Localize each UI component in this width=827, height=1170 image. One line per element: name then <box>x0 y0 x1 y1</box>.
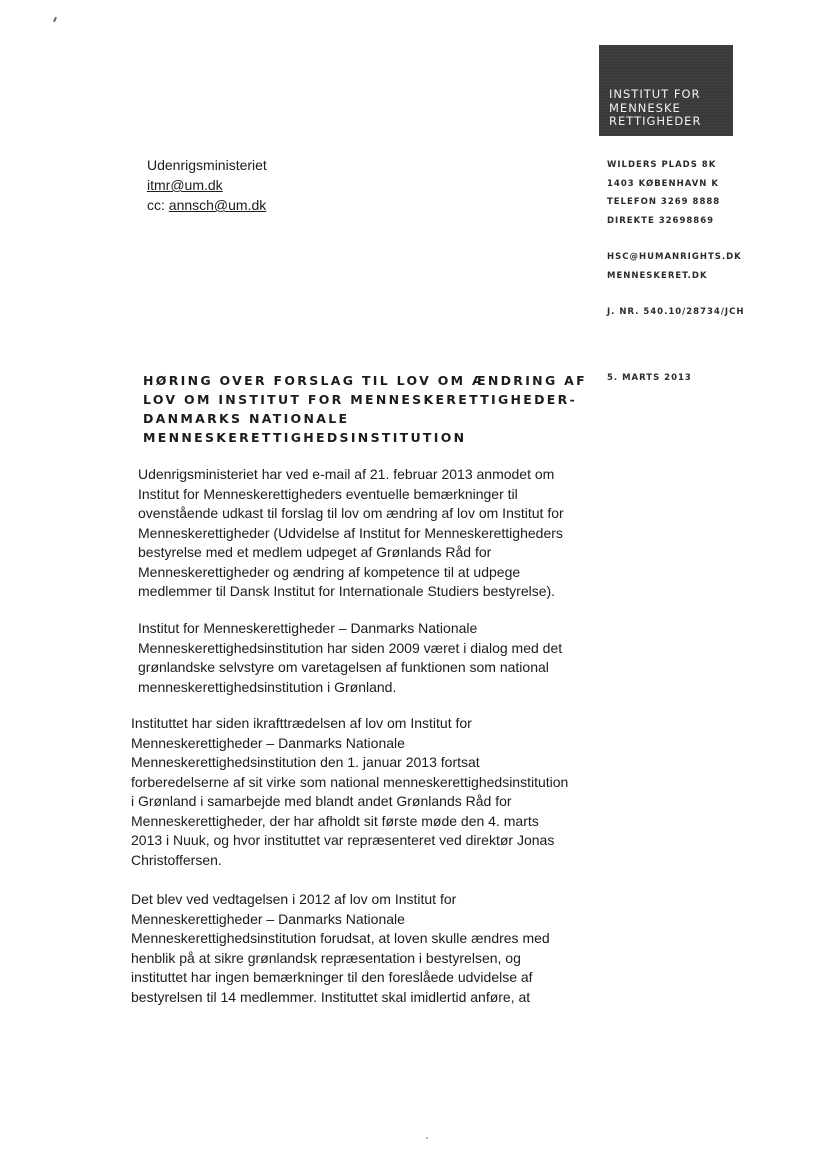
address-line: TELEFON 3269 8888 <box>607 197 744 216</box>
sender-block: WILDERS PLADS 8K 1403 KØBENHAVN K TELEFO… <box>607 160 744 326</box>
text-line: forberedelserne af sit virke som nationa… <box>131 773 568 793</box>
sender-website: MENNESKERET.DK <box>607 271 744 290</box>
text-line: Menneskerettigheder og ændring af kompet… <box>138 563 598 583</box>
journal-number: J. NR. 540.10/28734/JCH <box>607 307 744 326</box>
text-line: Institut for Menneskerettigheder – Danma… <box>138 619 562 639</box>
address-line: WILDERS PLADS 8K <box>607 160 744 179</box>
text-line: instituttet har ingen bemærkninger til d… <box>131 968 550 988</box>
paragraph-3: Instituttet har siden ikrafttrædelsen af… <box>131 714 568 870</box>
text-line: ovenstående udkast til forslag til lov o… <box>138 504 598 524</box>
logo-line: INSTITUT FOR <box>609 88 701 102</box>
address-line: DIREKTE 32698869 <box>607 216 744 235</box>
subject-line: DANMARKS NATIONALE <box>143 409 593 428</box>
address-line: 1403 KØBENHAVN K <box>607 179 744 198</box>
paragraph-4: Det blev ved vedtagelsen i 2012 af lov o… <box>131 890 550 1007</box>
text-line: Udenrigsministeriet har ved e-mail af 21… <box>138 465 598 485</box>
recipient-name: Udenrigsministeriet <box>147 155 267 175</box>
text-line: medlemmer til Dansk Institut for Interna… <box>138 582 598 602</box>
recipient-block: Udenrigsministeriet itmr@um.dk cc: annsc… <box>147 155 267 215</box>
logo-line: MENNESKE <box>609 102 701 116</box>
text-line: menneskerettighedsinstitution i Grønland… <box>138 678 562 698</box>
scan-artifact <box>53 17 57 22</box>
letter-date: 5. MARTS 2013 <box>607 373 692 383</box>
text-line: Menneskerettigheder – Danmarks Nationale <box>131 910 550 930</box>
text-line: grønlandske selvstyre om varetagelsen af… <box>138 658 562 678</box>
text-line: Menneskerettighedsinstitution den 1. jan… <box>131 753 568 773</box>
cc-email-link[interactable]: annsch@um.dk <box>169 197 266 213</box>
subject-line: LOV OM INSTITUT FOR MENNESKERETTIGHEDER- <box>143 390 593 409</box>
text-line: bestyrelsen til 14 medlemmer. Institutte… <box>131 988 550 1008</box>
text-line: Menneskerettigheder (Udvidelse af Instit… <box>138 524 598 544</box>
institute-logo: INSTITUT FOR MENNESKE RETTIGHEDER <box>599 45 733 136</box>
subject-line: HØRING OVER FORSLAG TIL LOV OM ÆNDRING A… <box>143 371 593 390</box>
cc-label: cc: <box>147 197 165 213</box>
text-line: Menneskerettighedsinstitution har siden … <box>138 639 562 659</box>
sender-email: HSC@HUMANRIGHTS.DK <box>607 252 744 271</box>
paragraph-2: Institut for Menneskerettigheder – Danma… <box>138 619 562 697</box>
text-line: henblik på at sikre grønlandsk repræsent… <box>131 949 550 969</box>
logo-line: RETTIGHEDER <box>609 115 701 129</box>
text-line: Instituttet har siden ikrafttrædelsen af… <box>131 714 568 734</box>
text-line: Christoffersen. <box>131 851 568 871</box>
text-line: Menneskerettigheder, der har afholdt sit… <box>131 812 568 832</box>
subject-line: MENNESKERETTIGHEDSINSTITUTION <box>143 428 593 447</box>
logo-text: INSTITUT FOR MENNESKE RETTIGHEDER <box>609 88 701 129</box>
text-line: Det blev ved vedtagelsen i 2012 af lov o… <box>131 890 550 910</box>
text-line: Menneskerettighedsinstitution forudsat, … <box>131 929 550 949</box>
text-line: Institut for Menneskerettigheders eventu… <box>138 485 598 505</box>
text-line: bestyrelse med et medlem udpeget af Grøn… <box>138 543 598 563</box>
text-line: Menneskerettigheder – Danmarks Nationale <box>131 734 568 754</box>
scan-artifact <box>426 1137 428 1139</box>
paragraph-1: Udenrigsministeriet har ved e-mail af 21… <box>138 465 598 602</box>
subject-heading: HØRING OVER FORSLAG TIL LOV OM ÆNDRING A… <box>143 371 593 447</box>
text-line: 2013 i Nuuk, og hvor instituttet var rep… <box>131 831 568 851</box>
recipient-email-link[interactable]: itmr@um.dk <box>147 177 223 193</box>
text-line: i Grønland i samarbejde med blandt andet… <box>131 792 568 812</box>
